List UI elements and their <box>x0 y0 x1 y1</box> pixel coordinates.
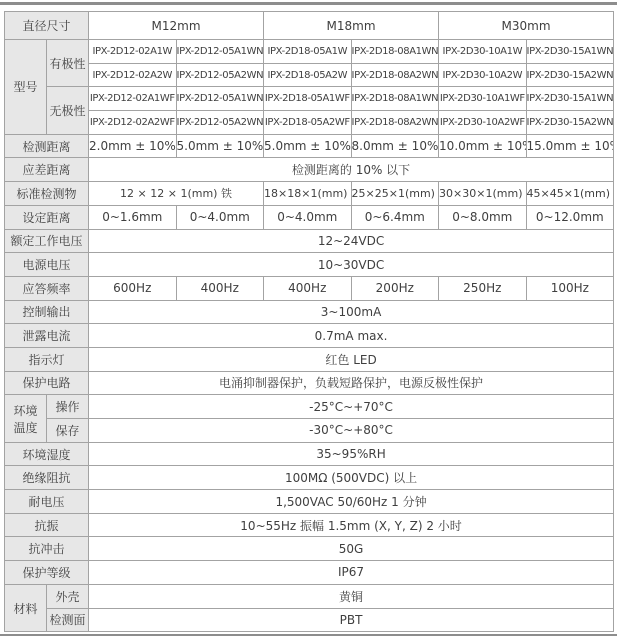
setting-distance-value: 0~12.0mm <box>526 205 614 229</box>
model-cell: IPX-2D18-08A2WNF <box>351 111 439 135</box>
ambient-temperature-label-line2: 温度 <box>5 419 46 436</box>
table-row-rated-voltage: 额定工作电压 12~24VDC <box>5 229 614 253</box>
insulation-resistance-label: 绝缘阻抗 <box>5 466 89 490</box>
model-cell: IPX-2D30-10A2WF <box>439 111 527 135</box>
table-row-shock: 抗冲击 50G <box>5 537 614 561</box>
model-cell: IPX-2D18-08A1WN <box>351 40 439 64</box>
ambient-temperature-label: 环境 温度 <box>5 395 47 442</box>
standard-object-value: 25×25×1(mm) 铁 <box>351 182 439 206</box>
leakage-current-label: 泄露电流 <box>5 324 89 348</box>
withstand-voltage-value: 1,500VAC 50/60Hz 1 分钟 <box>89 490 614 514</box>
response-frequency-value: 200Hz <box>351 276 439 300</box>
rated-voltage-value: 12~24VDC <box>89 229 614 253</box>
table-row-models-nonpolar-2: IPX-2D12-02A2WF IPX-2D12-05A2WNF IPX-2D1… <box>5 111 614 135</box>
ambient-humidity-value: 35~95%RH <box>89 442 614 466</box>
setting-distance-value: 0~1.6mm <box>89 205 177 229</box>
indicator-value: 红色 LED <box>89 347 614 371</box>
sensing-distance-value: 5.0mm ± 10% <box>176 134 264 158</box>
sensing-distance-value: 5.0mm ± 10% <box>264 134 352 158</box>
ambient-temperature-label-line1: 环境 <box>5 402 46 419</box>
sensing-distance-label: 检测距离 <box>5 134 89 158</box>
table-row-material-sensing-face: 检测面 PBT <box>5 608 614 632</box>
indicator-label: 指示灯 <box>5 347 89 371</box>
top-rule <box>0 2 617 5</box>
model-cell: IPX-2D30-15A2WNF <box>526 111 614 135</box>
sensing-distance-value: 10.0mm ± 10% <box>439 134 527 158</box>
table-row-standard-object: 标准检测物 12 × 12 × 1(mm) 铁 18×18×1(mm) 铁 25… <box>5 182 614 206</box>
setting-distance-value: 0~4.0mm <box>176 205 264 229</box>
control-output-value: 3~100mA <box>89 300 614 324</box>
model-cell: IPX-2D18-05A2W <box>264 63 352 87</box>
setting-distance-value: 0~8.0mm <box>439 205 527 229</box>
sensing-distance-value: 2.0mm ± 10% <box>89 134 177 158</box>
material-label: 材料 <box>5 584 47 631</box>
nonpolar-label: 无极性 <box>47 87 89 134</box>
table-row-sensing-distance: 检测距离 2.0mm ± 10% 5.0mm ± 10% 5.0mm ± 10%… <box>5 134 614 158</box>
housing-value: 黄铜 <box>89 584 614 608</box>
table-row-diameter: 直径尺寸 M12mm M18mm M30mm <box>5 12 614 40</box>
supply-voltage-value: 10~30VDC <box>89 253 614 277</box>
bottom-rule <box>0 634 617 636</box>
table-row-protection-rating: 保护等级 IP67 <box>5 561 614 585</box>
table-row-setting-distance: 设定距离 0~1.6mm 0~4.0mm 0~4.0mm 0~6.4mm 0~8… <box>5 205 614 229</box>
spec-table: 直径尺寸 M12mm M18mm M30mm 型号 有极性 IPX-2D12-0… <box>4 11 614 632</box>
standard-object-value: 18×18×1(mm) 铁 <box>264 182 352 206</box>
table-row-material-housing: 材料 外壳 黄铜 <box>5 584 614 608</box>
response-frequency-value: 100Hz <box>526 276 614 300</box>
model-cell: IPX-2D30-10A1W <box>439 40 527 64</box>
model-cell: IPX-2D30-10A2W <box>439 63 527 87</box>
protection-rating-value: IP67 <box>89 561 614 585</box>
model-cell: IPX-2D12-02A1W <box>89 40 177 64</box>
standard-object-value: 12 × 12 × 1(mm) 铁 <box>89 182 264 206</box>
model-cell: IPX-2D30-15A1WN <box>526 40 614 64</box>
column-header-m12: M12mm <box>89 12 264 40</box>
model-label: 型号 <box>5 40 47 135</box>
setting-distance-value: 0~4.0mm <box>264 205 352 229</box>
operating-label: 操作 <box>47 395 89 419</box>
response-frequency-value: 600Hz <box>89 276 177 300</box>
table-row-ambient-temp-storage: 保存 -30°C~+80°C <box>5 419 614 443</box>
leakage-current-value: 0.7mA max. <box>89 324 614 348</box>
vibration-value: 10~55Hz 振幅 1.5mm (X, Y, Z) 2 小时 <box>89 513 614 537</box>
model-cell: IPX-2D18-08A2WN <box>351 63 439 87</box>
model-cell: IPX-2D12-05A2WN <box>176 63 264 87</box>
sensing-distance-value: 15.0mm ± 10% <box>526 134 614 158</box>
model-cell: IPX-2D30-15A2WN <box>526 63 614 87</box>
protection-circuit-value: 电涌抑制器保护，负载短路保护，电源反极性保护 <box>89 371 614 395</box>
sensing-face-label: 检测面 <box>47 608 89 632</box>
insulation-resistance-value: 100MΩ (500VDC) 以上 <box>89 466 614 490</box>
setting-distance-value: 0~6.4mm <box>351 205 439 229</box>
table-row-withstand-voltage: 耐电压 1,500VAC 50/60Hz 1 分钟 <box>5 490 614 514</box>
withstand-voltage-label: 耐电压 <box>5 490 89 514</box>
standard-object-label: 标准检测物 <box>5 182 89 206</box>
table-row-models-polar-2: IPX-2D12-02A2W IPX-2D12-05A2WN IPX-2D18-… <box>5 63 614 87</box>
table-row-supply-voltage: 电源电压 10~30VDC <box>5 253 614 277</box>
table-row-control-output: 控制输出 3~100mA <box>5 300 614 324</box>
table-row-ambient-temp-operating: 环境 温度 操作 -25°C~+70°C <box>5 395 614 419</box>
model-cell: IPX-2D12-05A2WNF <box>176 111 264 135</box>
sensing-face-value: PBT <box>89 608 614 632</box>
protection-rating-label: 保护等级 <box>5 561 89 585</box>
response-frequency-value: 400Hz <box>176 276 264 300</box>
setting-distance-label: 设定距离 <box>5 205 89 229</box>
shock-value: 50G <box>89 537 614 561</box>
response-frequency-value: 250Hz <box>439 276 527 300</box>
response-frequency-value: 400Hz <box>264 276 352 300</box>
table-row-leakage-current: 泄露电流 0.7mA max. <box>5 324 614 348</box>
table-row-models-nonpolar-1: 无极性 IPX-2D12-02A1WF IPX-2D12-05A1WNF IPX… <box>5 87 614 111</box>
table-row-vibration: 抗振 10~55Hz 振幅 1.5mm (X, Y, Z) 2 小时 <box>5 513 614 537</box>
model-cell: IPX-2D18-05A1WF <box>264 87 352 111</box>
column-header-m30: M30mm <box>439 12 614 40</box>
storage-temperature-value: -30°C~+80°C <box>89 419 614 443</box>
table-row-insulation-resistance: 绝缘阻抗 100MΩ (500VDC) 以上 <box>5 466 614 490</box>
storage-label: 保存 <box>47 419 89 443</box>
table-row-models-polar-1: 型号 有极性 IPX-2D12-02A1W IPX-2D12-05A1WN IP… <box>5 40 614 64</box>
model-cell: IPX-2D18-08A1WNF <box>351 87 439 111</box>
table-row-indicator: 指示灯 红色 LED <box>5 347 614 371</box>
control-output-label: 控制输出 <box>5 300 89 324</box>
model-cell: IPX-2D18-05A1W <box>264 40 352 64</box>
operating-temperature-value: -25°C~+70°C <box>89 395 614 419</box>
model-cell: IPX-2D12-02A2WF <box>89 111 177 135</box>
table-row-ambient-humidity: 环境湿度 35~95%RH <box>5 442 614 466</box>
polar-label: 有极性 <box>47 40 89 87</box>
model-cell: IPX-2D30-10A1WF <box>439 87 527 111</box>
model-cell: IPX-2D12-05A1WN <box>176 40 264 64</box>
table-row-protection-circuit: 保护电路 电涌抑制器保护，负载短路保护，电源反极性保护 <box>5 371 614 395</box>
table-row-response-frequency: 应答频率 600Hz 400Hz 400Hz 200Hz 250Hz 100Hz <box>5 276 614 300</box>
protection-circuit-label: 保护电路 <box>5 371 89 395</box>
hysteresis-label: 应差距离 <box>5 158 89 182</box>
table-row-hysteresis: 应差距离 检测距离的 10% 以下 <box>5 158 614 182</box>
vibration-label: 抗振 <box>5 513 89 537</box>
housing-label: 外壳 <box>47 584 89 608</box>
diameter-size-label: 直径尺寸 <box>5 12 89 40</box>
sensing-distance-value: 8.0mm ± 10% <box>351 134 439 158</box>
shock-label: 抗冲击 <box>5 537 89 561</box>
standard-object-value: 45×45×1(mm) 铁 <box>526 182 614 206</box>
model-cell: IPX-2D12-02A2W <box>89 63 177 87</box>
model-cell: IPX-2D30-15A1WNF <box>526 87 614 111</box>
model-cell: IPX-2D18-05A2WF <box>264 111 352 135</box>
model-cell: IPX-2D12-02A1WF <box>89 87 177 111</box>
hysteresis-value: 检测距离的 10% 以下 <box>89 158 614 182</box>
model-cell: IPX-2D12-05A1WNF <box>176 87 264 111</box>
response-frequency-label: 应答频率 <box>5 276 89 300</box>
supply-voltage-label: 电源电压 <box>5 253 89 277</box>
ambient-humidity-label: 环境湿度 <box>5 442 89 466</box>
rated-voltage-label: 额定工作电压 <box>5 229 89 253</box>
standard-object-value: 30×30×1(mm) 铁 <box>439 182 527 206</box>
column-header-m18: M18mm <box>264 12 439 40</box>
